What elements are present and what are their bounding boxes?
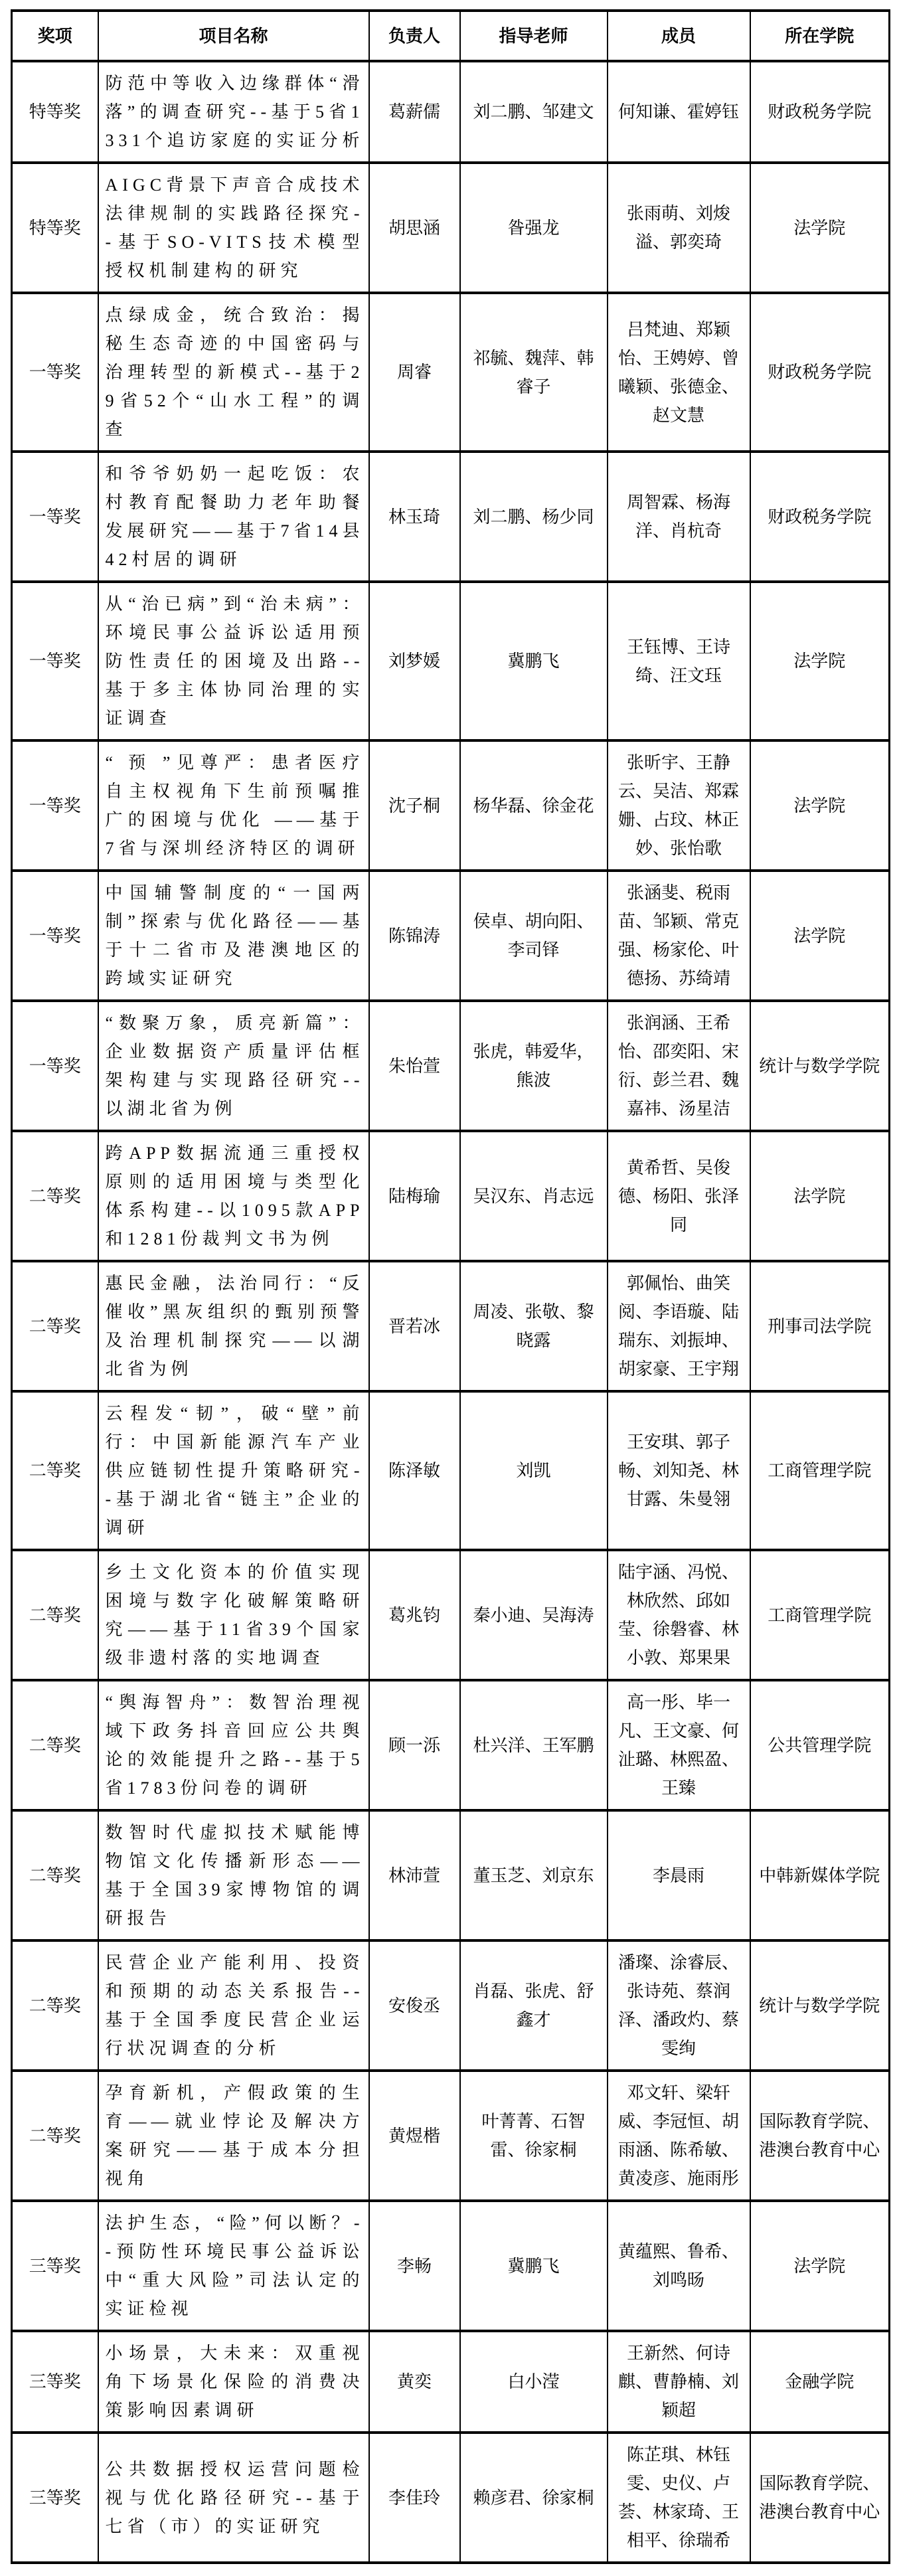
members-cell: 张润涵、王希怡、邵奕阳、宋衍、彭兰君、魏嘉祎、汤星洁 — [608, 1001, 750, 1131]
project-cell: 民营企业产能利用、投资和预期的动态关系报告--基于全国季度民营企业运行状况调查的… — [98, 1940, 369, 2071]
project-cell: 跨APP数据流通三重授权原则的适用困境与类型化体系构建--以1095款APP和1… — [98, 1131, 369, 1261]
leader-cell: 陆梅瑜 — [369, 1131, 460, 1261]
college-cell: 国际教育学院、港澳台教育中心 — [750, 2071, 890, 2201]
members-cell: 吕梵迪、郑颖怡、王娉婷、曾曦颖、张德金、赵文慧 — [608, 293, 750, 452]
project-cell: 法护生态，“险”何以断？--预防性环境民事公益诉讼中“重大风险”司法认定的实证检… — [98, 2201, 369, 2331]
award-cell: 一等奖 — [12, 582, 98, 740]
members-cell: 潘璨、涂睿辰、张诗苑、蔡润泽、潘政灼、蔡雯绚 — [608, 1940, 750, 2071]
award-cell: 一等奖 — [12, 452, 98, 582]
project-cell: 数智时代虚拟技术赋能博物馆文化传播新形态——基于全国39家博物馆的调研报告 — [98, 1810, 369, 1940]
table-row: 二等奖民营企业产能利用、投资和预期的动态关系报告--基于全国季度民营企业运行状况… — [12, 1940, 890, 2071]
college-cell: 法学院 — [750, 1131, 890, 1261]
table-row: 一等奖和爷爷奶奶一起吃饭：农村教育配餐助力老年助餐发展研究——基于7省14县42… — [12, 452, 890, 582]
members-cell: 邓文轩、梁轩威、李冠恒、胡雨涵、陈希敏、黄凌彦、施雨彤 — [608, 2071, 750, 2201]
award-cell: 二等奖 — [12, 1131, 98, 1261]
table-body: 特等奖防范中等收入边缘群体“滑落”的调查研究--基于5省1331个追访家庭的实证… — [12, 61, 890, 2563]
award-cell: 特等奖 — [12, 163, 98, 293]
leader-cell: 葛薪儒 — [369, 61, 460, 163]
college-cell: 统计与数学学院 — [750, 1940, 890, 2071]
leader-cell: 周睿 — [369, 293, 460, 452]
leader-cell: 李畅 — [369, 2201, 460, 2331]
college-cell: 财政税务学院 — [750, 293, 890, 452]
leader-cell: 李佳玲 — [369, 2433, 460, 2563]
advisors-cell: 侯卓、胡向阳、李司铎 — [460, 871, 608, 1001]
table-row: 三等奖法护生态，“险”何以断？--预防性环境民事公益诉讼中“重大风险”司法认定的… — [12, 2201, 890, 2331]
table-row: 二等奖数智时代虚拟技术赋能博物馆文化传播新形态——基于全国39家博物馆的调研报告… — [12, 1810, 890, 1940]
project-cell: “数聚万象，质亮新篇”：企业数据资产质量评估框架构建与实现路径研究--以湖北省为… — [98, 1001, 369, 1131]
members-cell: 王新然、何诗麒、曹静楠、刘颖超 — [608, 2331, 750, 2433]
college-cell: 公共管理学院 — [750, 1680, 890, 1810]
table-row: 三等奖小场景，大未来：双重视角下场景化保险的消费决策影响因素调研黄奕白小滢王新然… — [12, 2331, 890, 2433]
members-cell: 何知谦、霍婷钰 — [608, 61, 750, 163]
award-cell: 三等奖 — [12, 2201, 98, 2331]
award-cell: 二等奖 — [12, 1680, 98, 1810]
members-cell: 王钰博、王诗绮、汪文珏 — [608, 582, 750, 740]
college-cell: 工商管理学院 — [750, 1391, 890, 1550]
members-cell: 郭佩怡、曲笑阅、李语璇、陆瑞东、刘振坤、胡家豪、王宇翔 — [608, 1261, 750, 1391]
header-leader: 负责人 — [369, 11, 460, 61]
table-row: 一等奖点绿成金，统合致治：揭秘生态奇迹的中国密码与治理转型的新模式--基于29省… — [12, 293, 890, 452]
college-cell: 法学院 — [750, 871, 890, 1001]
table-row: 二等奖跨APP数据流通三重授权原则的适用困境与类型化体系构建--以1095款AP… — [12, 1131, 890, 1261]
leader-cell: 林沛萱 — [369, 1810, 460, 1940]
members-cell: 周智霖、杨海洋、肖杭奇 — [608, 452, 750, 582]
advisors-cell: 祁毓、魏萍、韩睿子 — [460, 293, 608, 452]
members-cell: 张涵斐、税雨苗、邹颖、常克强、杨家伦、叶德扬、苏绮靖 — [608, 871, 750, 1001]
project-cell: 乡土文化资本的价值实现困境与数字化破解策略研究——基于11省39个国家级非遗村落… — [98, 1550, 369, 1680]
leader-cell: 刘梦媛 — [369, 582, 460, 740]
advisors-cell: 周凌、张敬、黎晓露 — [460, 1261, 608, 1391]
college-cell: 国际教育学院、港澳台教育中心 — [750, 2433, 890, 2563]
table-row: 一等奖中国辅警制度的“一国两制”探索与优化路径——基于十二省市及港澳地区的跨域实… — [12, 871, 890, 1001]
leader-cell: 晋若冰 — [369, 1261, 460, 1391]
project-cell: 中国辅警制度的“一国两制”探索与优化路径——基于十二省市及港澳地区的跨域实证研究 — [98, 871, 369, 1001]
leader-cell: 胡思涵 — [369, 163, 460, 293]
members-cell: 张昕宇、王静云、吴洁、郑霖姗、占玟、林正妙、张怡歌 — [608, 740, 750, 871]
table-row: 三等奖公共数据授权运营问题检视与优化路径研究--基于七省（市）的实证研究李佳玲赖… — [12, 2433, 890, 2563]
members-cell: 黄希哲、吴俊德、杨阳、张泽同 — [608, 1131, 750, 1261]
awards-table: 奖项项目名称负责人指导老师成员所在学院 特等奖防范中等收入边缘群体“滑落”的调查… — [11, 9, 890, 2564]
members-cell: 张雨萌、刘焌溢、郭奕琦 — [608, 163, 750, 293]
project-cell: 和爷爷奶奶一起吃饭：农村教育配餐助力老年助餐发展研究——基于7省14县42村居的… — [98, 452, 369, 582]
college-cell: 工商管理学院 — [750, 1550, 890, 1680]
project-cell: 从“治已病”到“治未病”：环境民事公益诉讼适用预防性责任的困境及出路--基于多主… — [98, 582, 369, 740]
project-cell: 小场景，大未来：双重视角下场景化保险的消费决策影响因素调研 — [98, 2331, 369, 2433]
table-row: 二等奖云程发“韧”，破“壁”前行：中国新能源汽车产业供应链韧性提升策略研究--基… — [12, 1391, 890, 1550]
college-cell: 财政税务学院 — [750, 452, 890, 582]
advisors-cell: 白小滢 — [460, 2331, 608, 2433]
award-cell: 二等奖 — [12, 2071, 98, 2201]
advisors-cell: 叶菁菁、石智雷、徐家桐 — [460, 2071, 608, 2201]
award-cell: 二等奖 — [12, 1391, 98, 1550]
leader-cell: 朱怡萱 — [369, 1001, 460, 1131]
members-cell: 陈芷琪、林钰雯、史仪、卢荟、林家琦、王相平、徐瑞希 — [608, 2433, 750, 2563]
leader-cell: 沈子桐 — [369, 740, 460, 871]
award-cell: 一等奖 — [12, 293, 98, 452]
table-row: 特等奖防范中等收入边缘群体“滑落”的调查研究--基于5省1331个追访家庭的实证… — [12, 61, 890, 163]
leader-cell: 葛兆钧 — [369, 1550, 460, 1680]
members-cell: 李晨雨 — [608, 1810, 750, 1940]
header-advisors: 指导老师 — [460, 11, 608, 61]
award-cell: 三等奖 — [12, 2433, 98, 2563]
table-row: 二等奖“舆海智舟”：数智治理视域下政务抖音回应公共舆论的效能提升之路--基于5省… — [12, 1680, 890, 1810]
award-cell: 二等奖 — [12, 1940, 98, 2071]
project-cell: “ 预 ”见尊严：患者医疗自主权视角下生前预嘱推广的困境与优化 ——基于7省与深… — [98, 740, 369, 871]
page: 奖项项目名称负责人指导老师成员所在学院 特等奖防范中等收入边缘群体“滑落”的调查… — [0, 0, 899, 2576]
leader-cell: 黄奕 — [369, 2331, 460, 2433]
leader-cell: 陈泽敏 — [369, 1391, 460, 1550]
table-row: 二等奖孕育新机，产假政策的生育——就业悖论及解决方案研究——基于成本分担视角黄煜… — [12, 2071, 890, 2201]
members-cell: 黄蕴熙、鲁希、刘鸣旸 — [608, 2201, 750, 2331]
project-cell: 点绿成金，统合致治：揭秘生态奇迹的中国密码与治理转型的新模式--基于29省52个… — [98, 293, 369, 452]
advisors-cell: 刘二鹏、杨少同 — [460, 452, 608, 582]
advisors-cell: 董玉芝、刘京东 — [460, 1810, 608, 1940]
award-cell: 一等奖 — [12, 740, 98, 871]
project-cell: 孕育新机，产假政策的生育——就业悖论及解决方案研究——基于成本分担视角 — [98, 2071, 369, 2201]
award-cell: 一等奖 — [12, 1001, 98, 1131]
award-cell: 特等奖 — [12, 61, 98, 163]
advisors-cell: 杜兴洋、王军鹏 — [460, 1680, 608, 1810]
award-cell: 二等奖 — [12, 1550, 98, 1680]
advisors-cell: 刘凯 — [460, 1391, 608, 1550]
leader-cell: 陈锦涛 — [369, 871, 460, 1001]
header-award: 奖项 — [12, 11, 98, 61]
table-row: 一等奖“数聚万象，质亮新篇”：企业数据资产质量评估框架构建与实现路径研究--以湖… — [12, 1001, 890, 1131]
header-row: 奖项项目名称负责人指导老师成员所在学院 — [12, 11, 890, 61]
project-cell: 惠民金融，法治同行：“反催收”黑灰组织的甄别预警及治理机制探究——以湖北省为例 — [98, 1261, 369, 1391]
advisors-cell: 吴汉东、肖志远 — [460, 1131, 608, 1261]
project-cell: 公共数据授权运营问题检视与优化路径研究--基于七省（市）的实证研究 — [98, 2433, 369, 2563]
college-cell: 刑事司法学院 — [750, 1261, 890, 1391]
leader-cell: 黄煜楷 — [369, 2071, 460, 2201]
college-cell: 统计与数学学院 — [750, 1001, 890, 1131]
award-cell: 一等奖 — [12, 871, 98, 1001]
college-cell: 法学院 — [750, 740, 890, 871]
table-row: 二等奖惠民金融，法治同行：“反催收”黑灰组织的甄别预警及治理机制探究——以湖北省… — [12, 1261, 890, 1391]
project-cell: 云程发“韧”，破“壁”前行：中国新能源汽车产业供应链韧性提升策略研究--基于湖北… — [98, 1391, 369, 1550]
table-row: 特等奖AIGC背景下声音合成技术法律规制的实践路径探究--基于SO-VITS技术… — [12, 163, 890, 293]
table-row: 一等奖“ 预 ”见尊严：患者医疗自主权视角下生前预嘱推广的困境与优化 ——基于7… — [12, 740, 890, 871]
advisors-cell: 昝强龙 — [460, 163, 608, 293]
award-cell: 三等奖 — [12, 2331, 98, 2433]
advisors-cell: 肖磊、张虎、舒鑫才 — [460, 1940, 608, 2071]
header-project: 项目名称 — [98, 11, 369, 61]
advisors-cell: 冀鹏飞 — [460, 582, 608, 740]
advisors-cell: 冀鹏飞 — [460, 2201, 608, 2331]
award-cell: 二等奖 — [12, 1810, 98, 1940]
leader-cell: 顾一泺 — [369, 1680, 460, 1810]
advisors-cell: 刘二鹏、邹建文 — [460, 61, 608, 163]
college-cell: 法学院 — [750, 582, 890, 740]
project-cell: 防范中等收入边缘群体“滑落”的调查研究--基于5省1331个追访家庭的实证分析 — [98, 61, 369, 163]
college-cell: 法学院 — [750, 163, 890, 293]
leader-cell: 安俊丞 — [369, 1940, 460, 2071]
project-cell: “舆海智舟”：数智治理视域下政务抖音回应公共舆论的效能提升之路--基于5省178… — [98, 1680, 369, 1810]
header-college: 所在学院 — [750, 11, 890, 61]
advisors-cell: 秦小迪、吴海涛 — [460, 1550, 608, 1680]
header-members: 成员 — [608, 11, 750, 61]
members-cell: 高一彤、毕一凡、王文豪、何沚璐、林熙盈、王臻 — [608, 1680, 750, 1810]
members-cell: 陆宇涵、冯悦、林欣然、邱如莹、徐磐睿、林小敦、郑果果 — [608, 1550, 750, 1680]
leader-cell: 林玉琦 — [369, 452, 460, 582]
award-cell: 二等奖 — [12, 1261, 98, 1391]
advisors-cell: 赖彦君、徐家桐 — [460, 2433, 608, 2563]
advisors-cell: 杨华磊、徐金花 — [460, 740, 608, 871]
table-row: 二等奖乡土文化资本的价值实现困境与数字化破解策略研究——基于11省39个国家级非… — [12, 1550, 890, 1680]
college-cell: 金融学院 — [750, 2331, 890, 2433]
college-cell: 中韩新媒体学院 — [750, 1810, 890, 1940]
college-cell: 财政税务学院 — [750, 61, 890, 163]
members-cell: 王安琪、郭子畅、刘知尧、林甘露、朱曼翎 — [608, 1391, 750, 1550]
table-row: 一等奖从“治已病”到“治未病”：环境民事公益诉讼适用预防性责任的困境及出路--基… — [12, 582, 890, 740]
advisors-cell: 张虎，韩爱华，熊波 — [460, 1001, 608, 1131]
project-cell: AIGC背景下声音合成技术法律规制的实践路径探究--基于SO-VITS技术模型授… — [98, 163, 369, 293]
college-cell: 法学院 — [750, 2201, 890, 2331]
